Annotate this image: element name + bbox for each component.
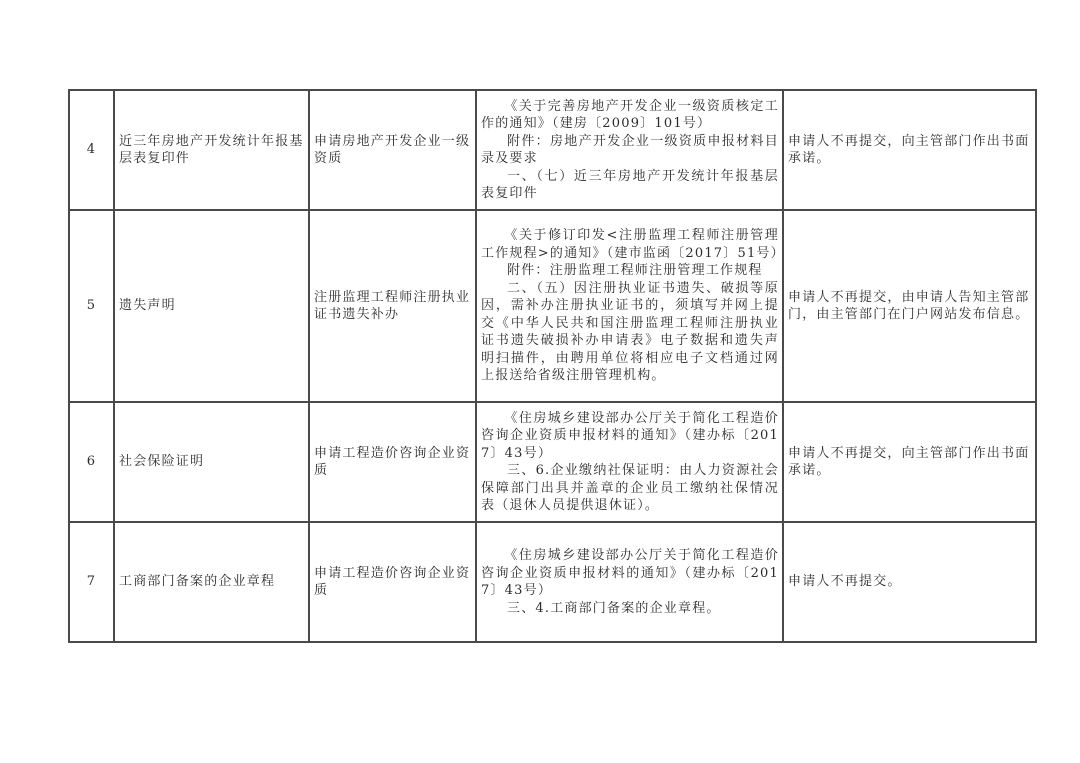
row-number-cell: 6 bbox=[69, 402, 114, 522]
row-number-cell: 4 bbox=[69, 90, 114, 210]
handling-method-cell: 申请人不再提交。 bbox=[783, 522, 1036, 642]
matter-cell: 申请工程造价咨询企业资质 bbox=[309, 522, 476, 642]
legal-basis-cell: 《住房城乡建设部办公厅关于简化工程造价咨询企业资质申报材料的通知》（建办标〔20… bbox=[476, 522, 783, 642]
basis-paragraph: 《住房城乡建设部办公厅关于简化工程造价咨询企业资质申报材料的通知》（建办标〔20… bbox=[481, 410, 779, 463]
table-row: 5 遗失声明 注册监理工程师注册执业证书遗失补办 《关于修订印发<注册监理工程师… bbox=[69, 210, 1036, 402]
certification-items-table: 4 近三年房地产开发统计年报基层表复印件 申请房地产开发企业一级资质 《关于完善… bbox=[68, 89, 1037, 643]
matter-cell: 申请房地产开发企业一级资质 bbox=[309, 90, 476, 210]
basis-paragraph: 附件：房地产开发企业一级资质申报材料目录及要求 bbox=[481, 133, 779, 168]
legal-basis-cell: 《住房城乡建设部办公厅关于简化工程造价咨询企业资质申报材料的通知》（建办标〔20… bbox=[476, 402, 783, 522]
basis-paragraph: 一、（七）近三年房地产开发统计年报基层表复印件 bbox=[481, 168, 779, 203]
legal-basis-cell: 《关于修订印发<注册监理工程师注册管理工作规程>的通知》（建市监函〔2017〕5… bbox=[476, 210, 783, 402]
handling-method-cell: 申请人不再提交，向主管部门作出书面承诺。 bbox=[783, 402, 1036, 522]
basis-paragraph: 附件：注册监理工程师注册管理工作规程 bbox=[481, 262, 779, 280]
row-number-cell: 5 bbox=[69, 210, 114, 402]
basis-paragraph: 《关于修订印发<注册监理工程师注册管理工作规程>的通知》（建市监函〔2017〕5… bbox=[481, 227, 779, 262]
document-page: 4 近三年房地产开发统计年报基层表复印件 申请房地产开发企业一级资质 《关于完善… bbox=[0, 0, 1080, 763]
matter-cell: 申请工程造价咨询企业资质 bbox=[309, 402, 476, 522]
material-name-cell: 社会保险证明 bbox=[114, 402, 309, 522]
table-row: 7 工商部门备案的企业章程 申请工程造价咨询企业资质 《住房城乡建设部办公厅关于… bbox=[69, 522, 1036, 642]
basis-paragraph: 《关于完善房地产开发企业一级资质核定工作的通知》（建房〔2009〕101号） bbox=[481, 98, 779, 133]
matter-cell: 注册监理工程师注册执业证书遗失补办 bbox=[309, 210, 476, 402]
row-number-cell: 7 bbox=[69, 522, 114, 642]
material-name-cell: 遗失声明 bbox=[114, 210, 309, 402]
material-name-cell: 工商部门备案的企业章程 bbox=[114, 522, 309, 642]
legal-basis-cell: 《关于完善房地产开发企业一级资质核定工作的通知》（建房〔2009〕101号） 附… bbox=[476, 90, 783, 210]
handling-method-cell: 申请人不再提交，由申请人告知主管部门，由主管部门在门户网站发布信息。 bbox=[783, 210, 1036, 402]
basis-paragraph: 三、4.工商部门备案的企业章程。 bbox=[481, 600, 779, 618]
handling-method-cell: 申请人不再提交，向主管部门作出书面承诺。 bbox=[783, 90, 1036, 210]
basis-paragraph: 二、（五）因注册执业证书遗失、破损等原因，需补办注册执业证书的，须填写并网上提交… bbox=[481, 280, 779, 385]
basis-paragraph: 三、6.企业缴纳社保证明：由人力资源社会保障部门出具并盖章的企业员工缴纳社保情况… bbox=[481, 462, 779, 515]
table-row: 6 社会保险证明 申请工程造价咨询企业资质 《住房城乡建设部办公厅关于简化工程造… bbox=[69, 402, 1036, 522]
material-name-cell: 近三年房地产开发统计年报基层表复印件 bbox=[114, 90, 309, 210]
table-row: 4 近三年房地产开发统计年报基层表复印件 申请房地产开发企业一级资质 《关于完善… bbox=[69, 90, 1036, 210]
basis-paragraph: 《住房城乡建设部办公厅关于简化工程造价咨询企业资质申报材料的通知》（建办标〔20… bbox=[481, 547, 779, 600]
